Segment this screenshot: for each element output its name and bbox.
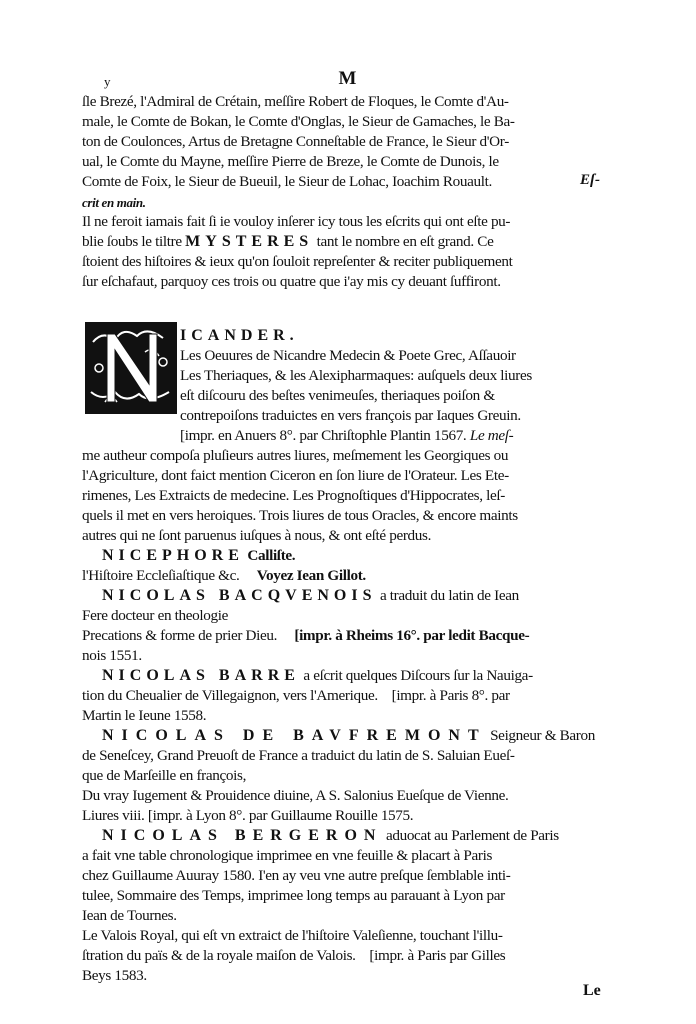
text-line: ton de Coulonces, Artus de Bretagne Conn… [82,132,602,151]
text-fragment: l'Hiſtoire Eccleſiaſtique &c. [82,567,239,584]
text-line: Martin le Ieune 1558. [82,706,602,725]
text-fragment: tion du Cheualier de Villegaignon, vers … [82,687,378,704]
text-fragment: blie ſoubs le tiltre [82,233,182,250]
entry-heading-bergeron: NICOLAS BERGERON aduocat au Parlement de… [102,826,622,845]
text-line: a fait vne table chronologique imprimee … [82,846,602,865]
text-fragment: Calliſte. [247,547,295,564]
text-line: ual, le Comte du Mayne, meſſire Pierre d… [82,152,602,171]
caps-heading: NICOLAS BACQVENOIS [102,587,376,604]
text-line: Iean de Tournes. [82,906,602,925]
imprint-note: [impr. à Paris par Gilles [369,947,505,964]
running-head: M [0,68,696,90]
text-line: de Seneſcey, Grand Preuoſt de France a t… [82,746,602,765]
book-page: y M ſle Brezé, l'Admiral de Crétain, meſ… [0,0,696,1024]
text-line: male, le Comte de Bokan, le Comte d'Ongl… [82,112,602,131]
text-fragment: Seigneur & Baron [490,727,595,744]
text-line: tulee, Sommaire des Temps, imprimee long… [82,886,602,905]
text-fragment: a eſcrit quelques Diſcours ſur la Nauiga… [303,667,532,684]
imprint-note: [impr. à Paris 8°. par [392,687,510,704]
text-line: contrepoiſons traduictes en vers françoi… [180,406,602,425]
text-fragment: a traduit du latin de Iean [380,587,519,604]
text-line: blie ſoubs le tiltre MYSTERES tant le no… [82,232,602,251]
catchword: Le [583,982,601,1000]
caps-heading: NICOLAS BERGERON [102,827,382,844]
text-line: tion du Cheualier de Villegaignon, vers … [82,686,602,705]
text-fragment: tant le nombre en eſt grand. Ce [317,233,494,250]
text-line: me autheur compoſa pluſieurs autres liur… [82,446,602,465]
caps-heading: NICOLAS DE BAVFREMONT [102,727,487,744]
text-line: Beys 1583. [82,966,382,985]
text-line: ſtoient des hiſtoires & ieux qu'on ſoulo… [82,252,602,271]
text-line: Fere docteur en theologie [82,606,602,625]
text-line: Les Oeuures de Nicandre Medecin & Poete … [180,346,602,365]
cross-reference: Voyez Iean Gillot. [257,567,366,584]
text-line: Le Valois Royal, qui eſt vn extraict de … [82,926,602,945]
entry-heading-barre: NICOLAS BARRE a eſcrit quelques Diſcours… [102,666,622,685]
text-line: [impr. en Anuers 8°. par Chriſtophle Pla… [180,426,602,445]
entry-heading-bacquenois: NICOLAS BACQVENOIS a traduit du latin de… [102,586,622,605]
text-line: ſtration du païs & de la royale maiſon d… [82,946,602,965]
text-line: chez Guillaume Auuray 1580. I'en ay veu … [82,866,602,885]
text-line: Du vray Iugement & Prouidence diuine, A … [82,786,602,805]
text-line: ſle Brezé, l'Admiral de Crétain, meſſire… [82,92,602,111]
text-line: eſt diſcouru des beſtes venimeuſes, ther… [180,386,602,405]
caps-heading: NICOLAS BARRE [102,667,300,684]
text-line: que de Marſeille en françois, [82,766,602,785]
text-fragment: ſtration du païs & de la royale maiſon d… [82,947,356,964]
text-line: rimenes, Les Extraicts de medecine. Les … [82,486,602,505]
text-line: autres qui ne ſont paruenus iuſques à no… [82,526,602,545]
text-line: nois 1551. [82,646,602,665]
text-line: l'Agriculture, dont faict mention Cicero… [82,466,602,485]
ornamental-initial-n [85,322,177,414]
ornament-icon [85,322,177,414]
text-line: ſur eſchafaut, parquoy ces trois ou quat… [82,272,602,291]
text-line-italic: crit en main. [82,193,602,212]
text-line: Les Theriaques, & les Alexipharmaques: a… [180,366,602,385]
text-fragment: aduocat au Parlement de Paris [386,827,559,844]
entry-heading-nicander: ICANDER. [180,326,602,345]
text-fragment: Precations & forme de prier Dieu. [82,627,277,644]
text-fragment: Le meſ- [470,427,514,444]
text-line: quels il met en vers heroiques. Trois li… [82,506,602,525]
entry-heading-nicephore: NICEPHORE Calliſte. [102,546,622,565]
text-line: l'Hiſtoire Eccleſiaſtique &c. Voyez Iean… [82,566,602,585]
caps-heading: MYSTERES [185,233,313,250]
text-line: Liures viii. [impr. à Lyon 8°. par Guill… [82,806,602,825]
margin-note: Eſ- [580,172,600,189]
text-line: Comte de Foix, le Sieur de Bueuil, le Si… [82,172,572,191]
text-line: Precations & forme de prier Dieu. [impr.… [82,626,602,645]
imprint-note: [impr. à Rheims 16°. par ledit Bacque- [294,627,529,644]
imprint-note: [impr. en Anuers 8°. par Chriſtophle Pla… [180,427,466,444]
caps-heading: NICEPHORE [102,547,244,564]
text-line: Il ne feroit iamais fait ſi ie vouloy in… [82,212,602,231]
entry-heading-bauffremont: NICOLAS DE BAVFREMONT Seigneur & Baron [102,726,622,745]
